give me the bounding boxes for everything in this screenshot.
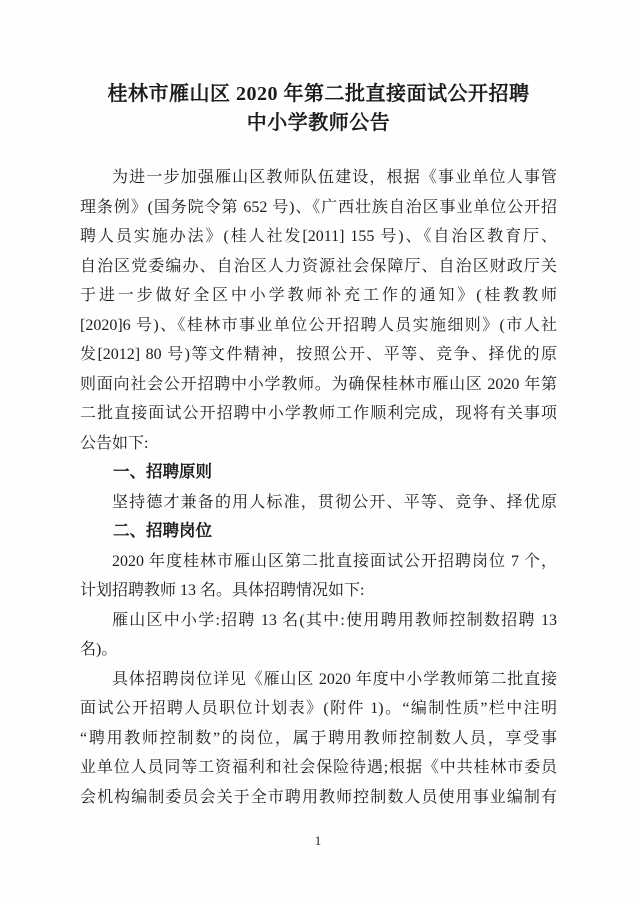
text-line: 公告如下: bbox=[80, 429, 557, 459]
text-line: 坚持德才兼备的用人标准，贯彻公开、平等、竞争、择优原则。 bbox=[80, 488, 557, 518]
text-line: 具体招聘岗位详见《雁山区 2020 年度中小学教师第二批直接 bbox=[80, 665, 557, 695]
text-line: 自治区党委编办、自治区人力资源社会保障厅、自治区财政厅关 bbox=[80, 252, 557, 282]
text-line: 聘人员实施办法》(桂人社发[2011] 155 号)、《自治区教育厅、 bbox=[80, 222, 557, 252]
text-line: 名)。 bbox=[80, 635, 557, 665]
document-title: 桂林市雁山区 2020 年第二批直接面试公开招聘 中小学教师公告 bbox=[80, 80, 557, 138]
text-line: 计划招聘教师 13 名。具体招聘情况如下: bbox=[80, 576, 557, 606]
text-line: 业单位人员同等工资福利和社会保险待遇;根据《中共桂林市委员 bbox=[80, 753, 557, 783]
title-line-1: 桂林市雁山区 2020 年第二批直接面试公开招聘 bbox=[80, 80, 557, 109]
section-heading: 二、招聘岗位 bbox=[80, 517, 557, 547]
text-line: 雁山区中小学:招聘 13 名(其中:使用聘用教师控制数招聘 13 bbox=[80, 606, 557, 636]
document-body: 为进一步加强雁山区教师队伍建设，根据《事业单位人事管理条例》(国务院令第 652… bbox=[80, 163, 557, 812]
title-line-2: 中小学教师公告 bbox=[80, 109, 557, 138]
text-line: 面试公开招聘人员职位计划表》(附件 1)。“编制性质”栏中注明 bbox=[80, 694, 557, 724]
page-number: 1 bbox=[0, 832, 636, 850]
text-line: 理条例》(国务院令第 652 号)、《广西壮族自治区事业单位公开招 bbox=[80, 193, 557, 223]
text-line: 二批直接面试公开招聘中小学教师工作顺利完成，现将有关事项 bbox=[80, 399, 557, 429]
text-line: 于进一步做好全区中小学教师补充工作的通知》(桂教教师 bbox=[80, 281, 557, 311]
text-line: 则面向社会公开招聘中小学教师。为确保桂林市雁山区 2020 年第 bbox=[80, 370, 557, 400]
section-heading: 一、招聘原则 bbox=[80, 458, 557, 488]
document-page: 桂林市雁山区 2020 年第二批直接面试公开招聘 中小学教师公告 为进一步加强雁… bbox=[0, 0, 636, 900]
text-line: “聘用教师控制数”的岗位，属于聘用教师控制数人员，享受事 bbox=[80, 724, 557, 754]
text-line: 会机构编制委员会关于全市聘用教师控制数人员使用事业编制有 bbox=[80, 783, 557, 813]
text-line: 2020 年度桂林市雁山区第二批直接面试公开招聘岗位 7 个， bbox=[80, 547, 557, 577]
text-line: 为进一步加强雁山区教师队伍建设，根据《事业单位人事管 bbox=[80, 163, 557, 193]
text-line: 发[2012] 80 号)等文件精神，按照公开、平等、竞争、择优的原 bbox=[80, 340, 557, 370]
text-line: [2020]6 号)、《桂林市事业单位公开招聘人员实施细则》(市人社 bbox=[80, 311, 557, 341]
